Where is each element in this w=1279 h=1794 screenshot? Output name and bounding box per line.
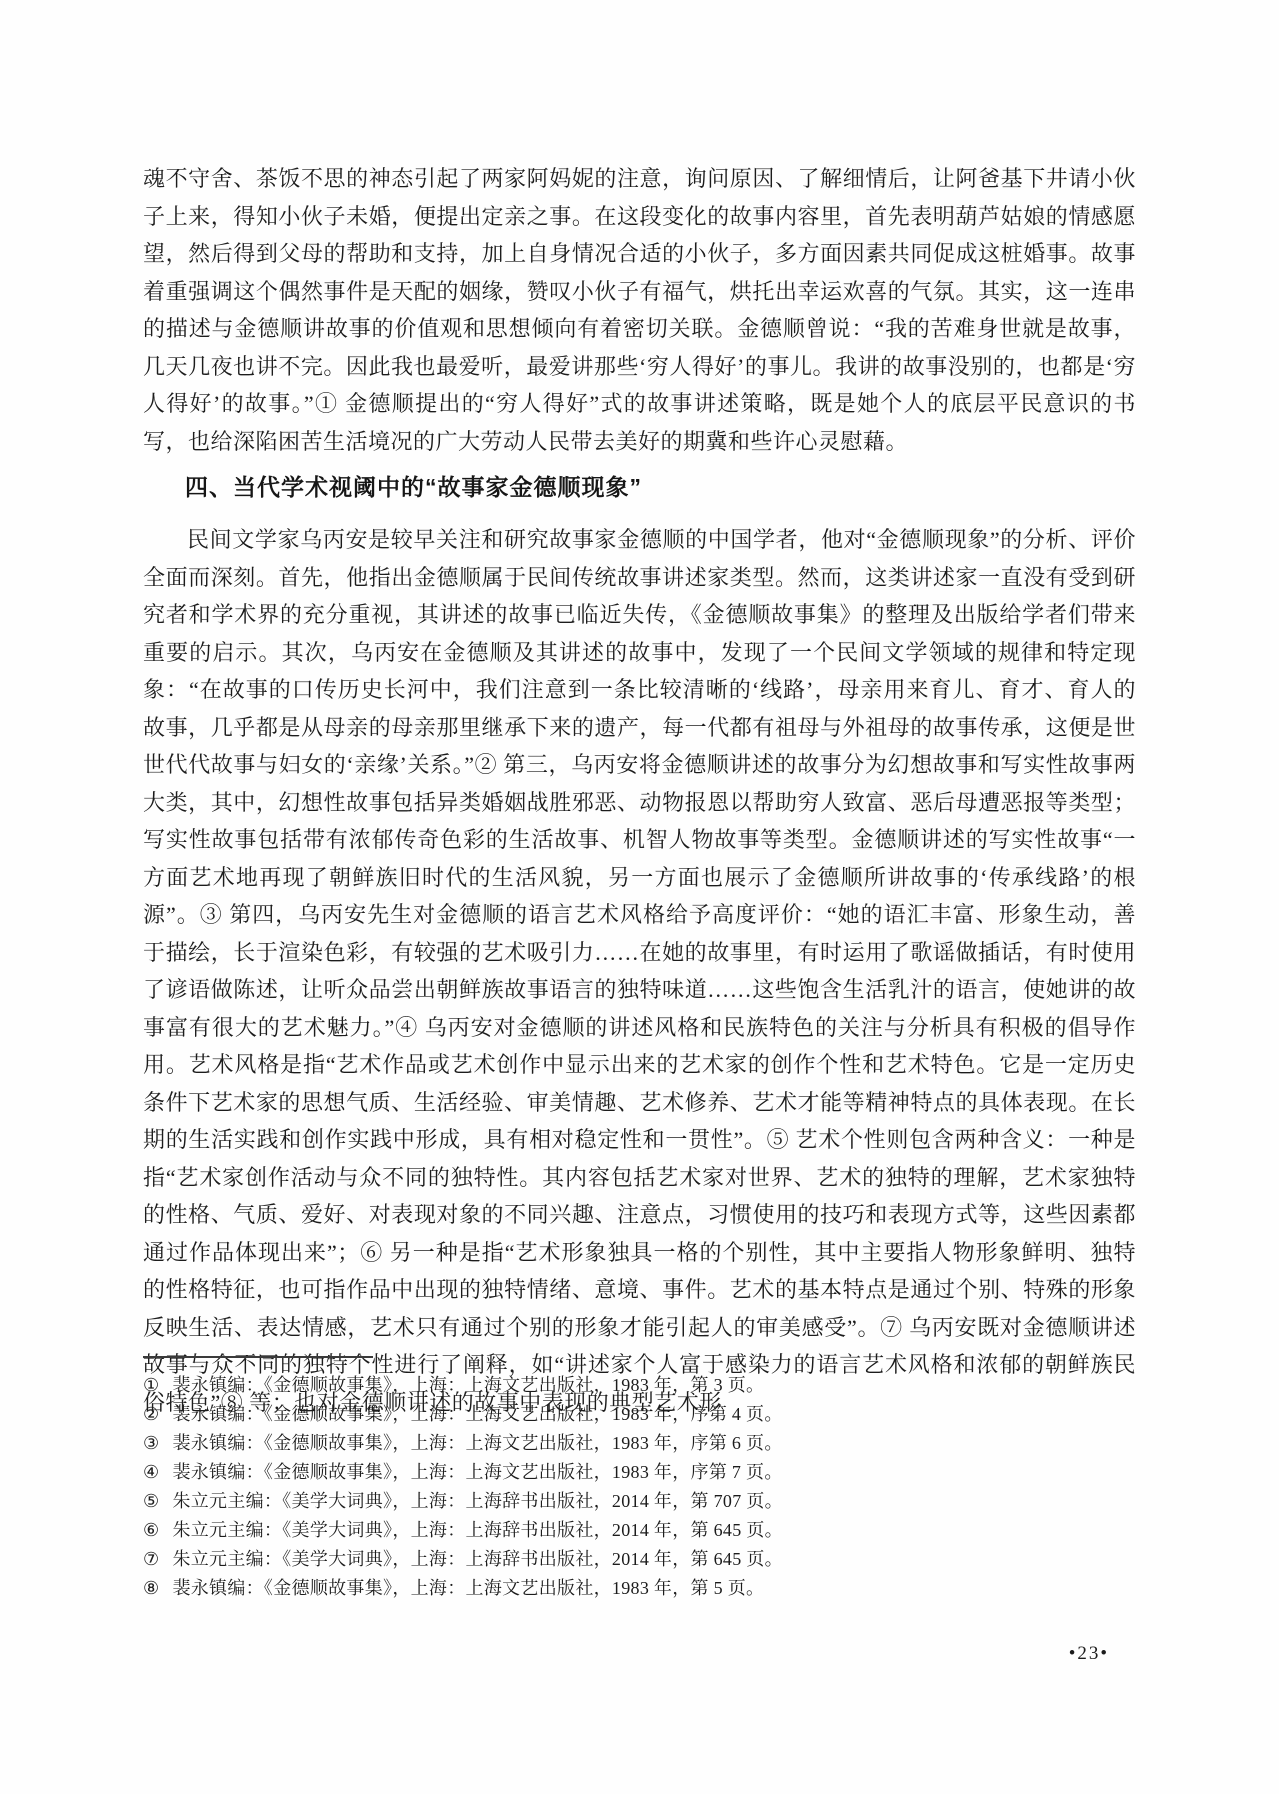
footnote-marker: ⑤: [143, 1487, 159, 1516]
footnote-item: ④ 裴永镇编：《金德顺故事集》，上海：上海文艺出版社，1983 年，序第 7 页…: [143, 1458, 1136, 1487]
footnote-marker: ②: [143, 1400, 159, 1429]
footnote-text: 裴永镇编：《金德顺故事集》，上海：上海文艺出版社，1983 年，序第 7 页。: [172, 1458, 782, 1487]
document-page: 魂不守舍、茶饭不思的神态引起了两家阿妈妮的注意，询问原因、了解细情后，让阿爸基下…: [0, 0, 1279, 1794]
paragraph-main: 民间文学家乌丙安是较早关注和研究故事家金德顺的中国学者，他对“金德顺现象”的分析…: [143, 521, 1136, 1421]
paragraph-continuation: 魂不守舍、茶饭不思的神态引起了两家阿妈妮的注意，询问原因、了解细情后，让阿爸基下…: [143, 160, 1136, 460]
footnote-item: ① 裴永镇编：《金德顺故事集》，上海：上海文艺出版社，1983 年，第 3 页。: [143, 1371, 1136, 1400]
footnote-marker: ⑧: [143, 1574, 159, 1603]
footnote-item: ③ 裴永镇编：《金德顺故事集》，上海：上海文艺出版社，1983 年，序第 6 页…: [143, 1429, 1136, 1458]
footnote-item: ② 裴永镇编：《金德顺故事集》，上海：上海文艺出版社，1983 年，序第 4 页…: [143, 1400, 1136, 1429]
footnote-text: 朱立元主编：《美学大词典》，上海：上海辞书出版社，2014 年，第 645 页。: [172, 1516, 783, 1545]
page-body: 魂不守舍、茶饭不思的神态引起了两家阿妈妮的注意，询问原因、了解细情后，让阿爸基下…: [143, 160, 1136, 1421]
footnotes-section: ① 裴永镇编：《金德顺故事集》，上海：上海文艺出版社，1983 年，第 3 页。…: [143, 1356, 1136, 1603]
footnote-item: ⑦ 朱立元主编：《美学大词典》，上海：上海辞书出版社，2014 年，第 645 …: [143, 1545, 1136, 1574]
footnote-marker: ①: [143, 1371, 159, 1400]
footnote-item: ⑤ 朱立元主编：《美学大词典》，上海：上海辞书出版社，2014 年，第 707 …: [143, 1487, 1136, 1516]
footnote-marker: ⑥: [143, 1516, 159, 1545]
footnote-marker: ⑦: [143, 1545, 159, 1574]
footnote-text: 裴永镇编：《金德顺故事集》，上海：上海文艺出版社，1983 年，序第 4 页。: [172, 1400, 782, 1429]
footnote-text: 裴永镇编：《金德顺故事集》，上海：上海文艺出版社，1983 年，第 5 页。: [172, 1574, 764, 1603]
page-number: •23•: [1069, 1643, 1109, 1665]
footnote-item: ⑥ 朱立元主编：《美学大词典》，上海：上海辞书出版社，2014 年，第 645 …: [143, 1516, 1136, 1545]
footnote-text: 裴永镇编：《金德顺故事集》，上海：上海文艺出版社，1983 年，第 3 页。: [172, 1371, 764, 1400]
section-heading: 四、当代学术视阈中的“故事家金德顺现象”: [143, 469, 1136, 505]
footnote-item: ⑧ 裴永镇编：《金德顺故事集》，上海：上海文艺出版社，1983 年，第 5 页。: [143, 1574, 1136, 1603]
footnote-divider: [143, 1356, 373, 1358]
footnote-marker: ④: [143, 1458, 159, 1487]
footnote-text: 朱立元主编：《美学大词典》，上海：上海辞书出版社，2014 年，第 707 页。: [172, 1487, 783, 1516]
footnote-text: 朱立元主编：《美学大词典》，上海：上海辞书出版社，2014 年，第 645 页。: [172, 1545, 783, 1574]
footnote-text: 裴永镇编：《金德顺故事集》，上海：上海文艺出版社，1983 年，序第 6 页。: [172, 1429, 782, 1458]
footnote-marker: ③: [143, 1429, 159, 1458]
